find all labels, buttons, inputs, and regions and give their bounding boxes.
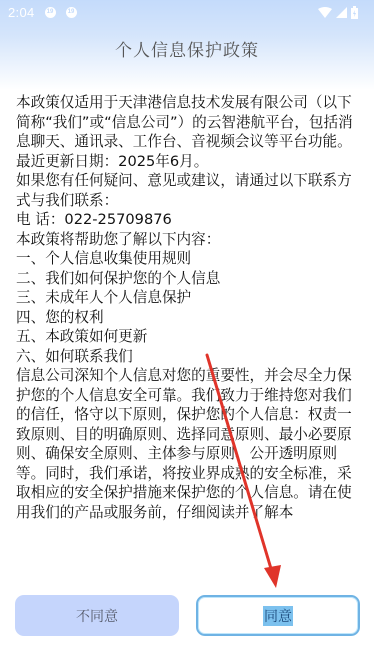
cellular-signal-icon	[336, 7, 347, 18]
policy-content[interactable]: 本政策仅适用于天津港信息技术发展有限公司（以下简称“我们”或“信息公司”）的云智…	[16, 93, 362, 563]
page-title: 个人信息保护政策	[0, 36, 374, 61]
policy-toc-item: 五、本政策如何更新	[16, 327, 362, 347]
status-time: 2:04	[8, 5, 35, 20]
policy-update-date: 最近更新日期：2025年6月。	[16, 152, 362, 172]
policy-principles: 信息公司深知个人信息对您的重要性，并会尽全力保护您的个人信息安全可靠。我们致力于…	[16, 366, 362, 522]
policy-toc-item: 二、我们如何保护您的个人信息	[16, 269, 362, 289]
wifi-icon	[318, 7, 332, 18]
disagree-button-label: 不同意	[76, 606, 118, 626]
battery-charging-icon	[351, 6, 358, 19]
notification-icon: 19	[45, 7, 56, 18]
policy-intro: 本政策仅适用于天津港信息技术发展有限公司（以下简称“我们”或“信息公司”）的云智…	[16, 93, 362, 152]
status-bar: 2:04 19 19	[0, 0, 374, 24]
agree-button-label: 同意	[263, 606, 293, 626]
policy-toc-item: 四、您的权利	[16, 308, 362, 328]
disagree-button[interactable]: 不同意	[15, 595, 179, 636]
agree-button[interactable]: 同意	[196, 595, 360, 636]
policy-contact-intro: 如果您有任何疑问、意见或建议，请通过以下联系方式与我们联系：	[16, 171, 362, 210]
policy-toc-item: 六、如何联系我们	[16, 347, 362, 367]
notification-icon: 19	[66, 7, 77, 18]
policy-toc-item: 一、个人信息收集使用规则	[16, 249, 362, 269]
policy-phone: 电 话：022-25709876	[16, 210, 362, 230]
policy-toc-item: 三、未成年人个人信息保护	[16, 288, 362, 308]
policy-toc-intro: 本政策将帮助您了解以下内容：	[16, 230, 362, 250]
